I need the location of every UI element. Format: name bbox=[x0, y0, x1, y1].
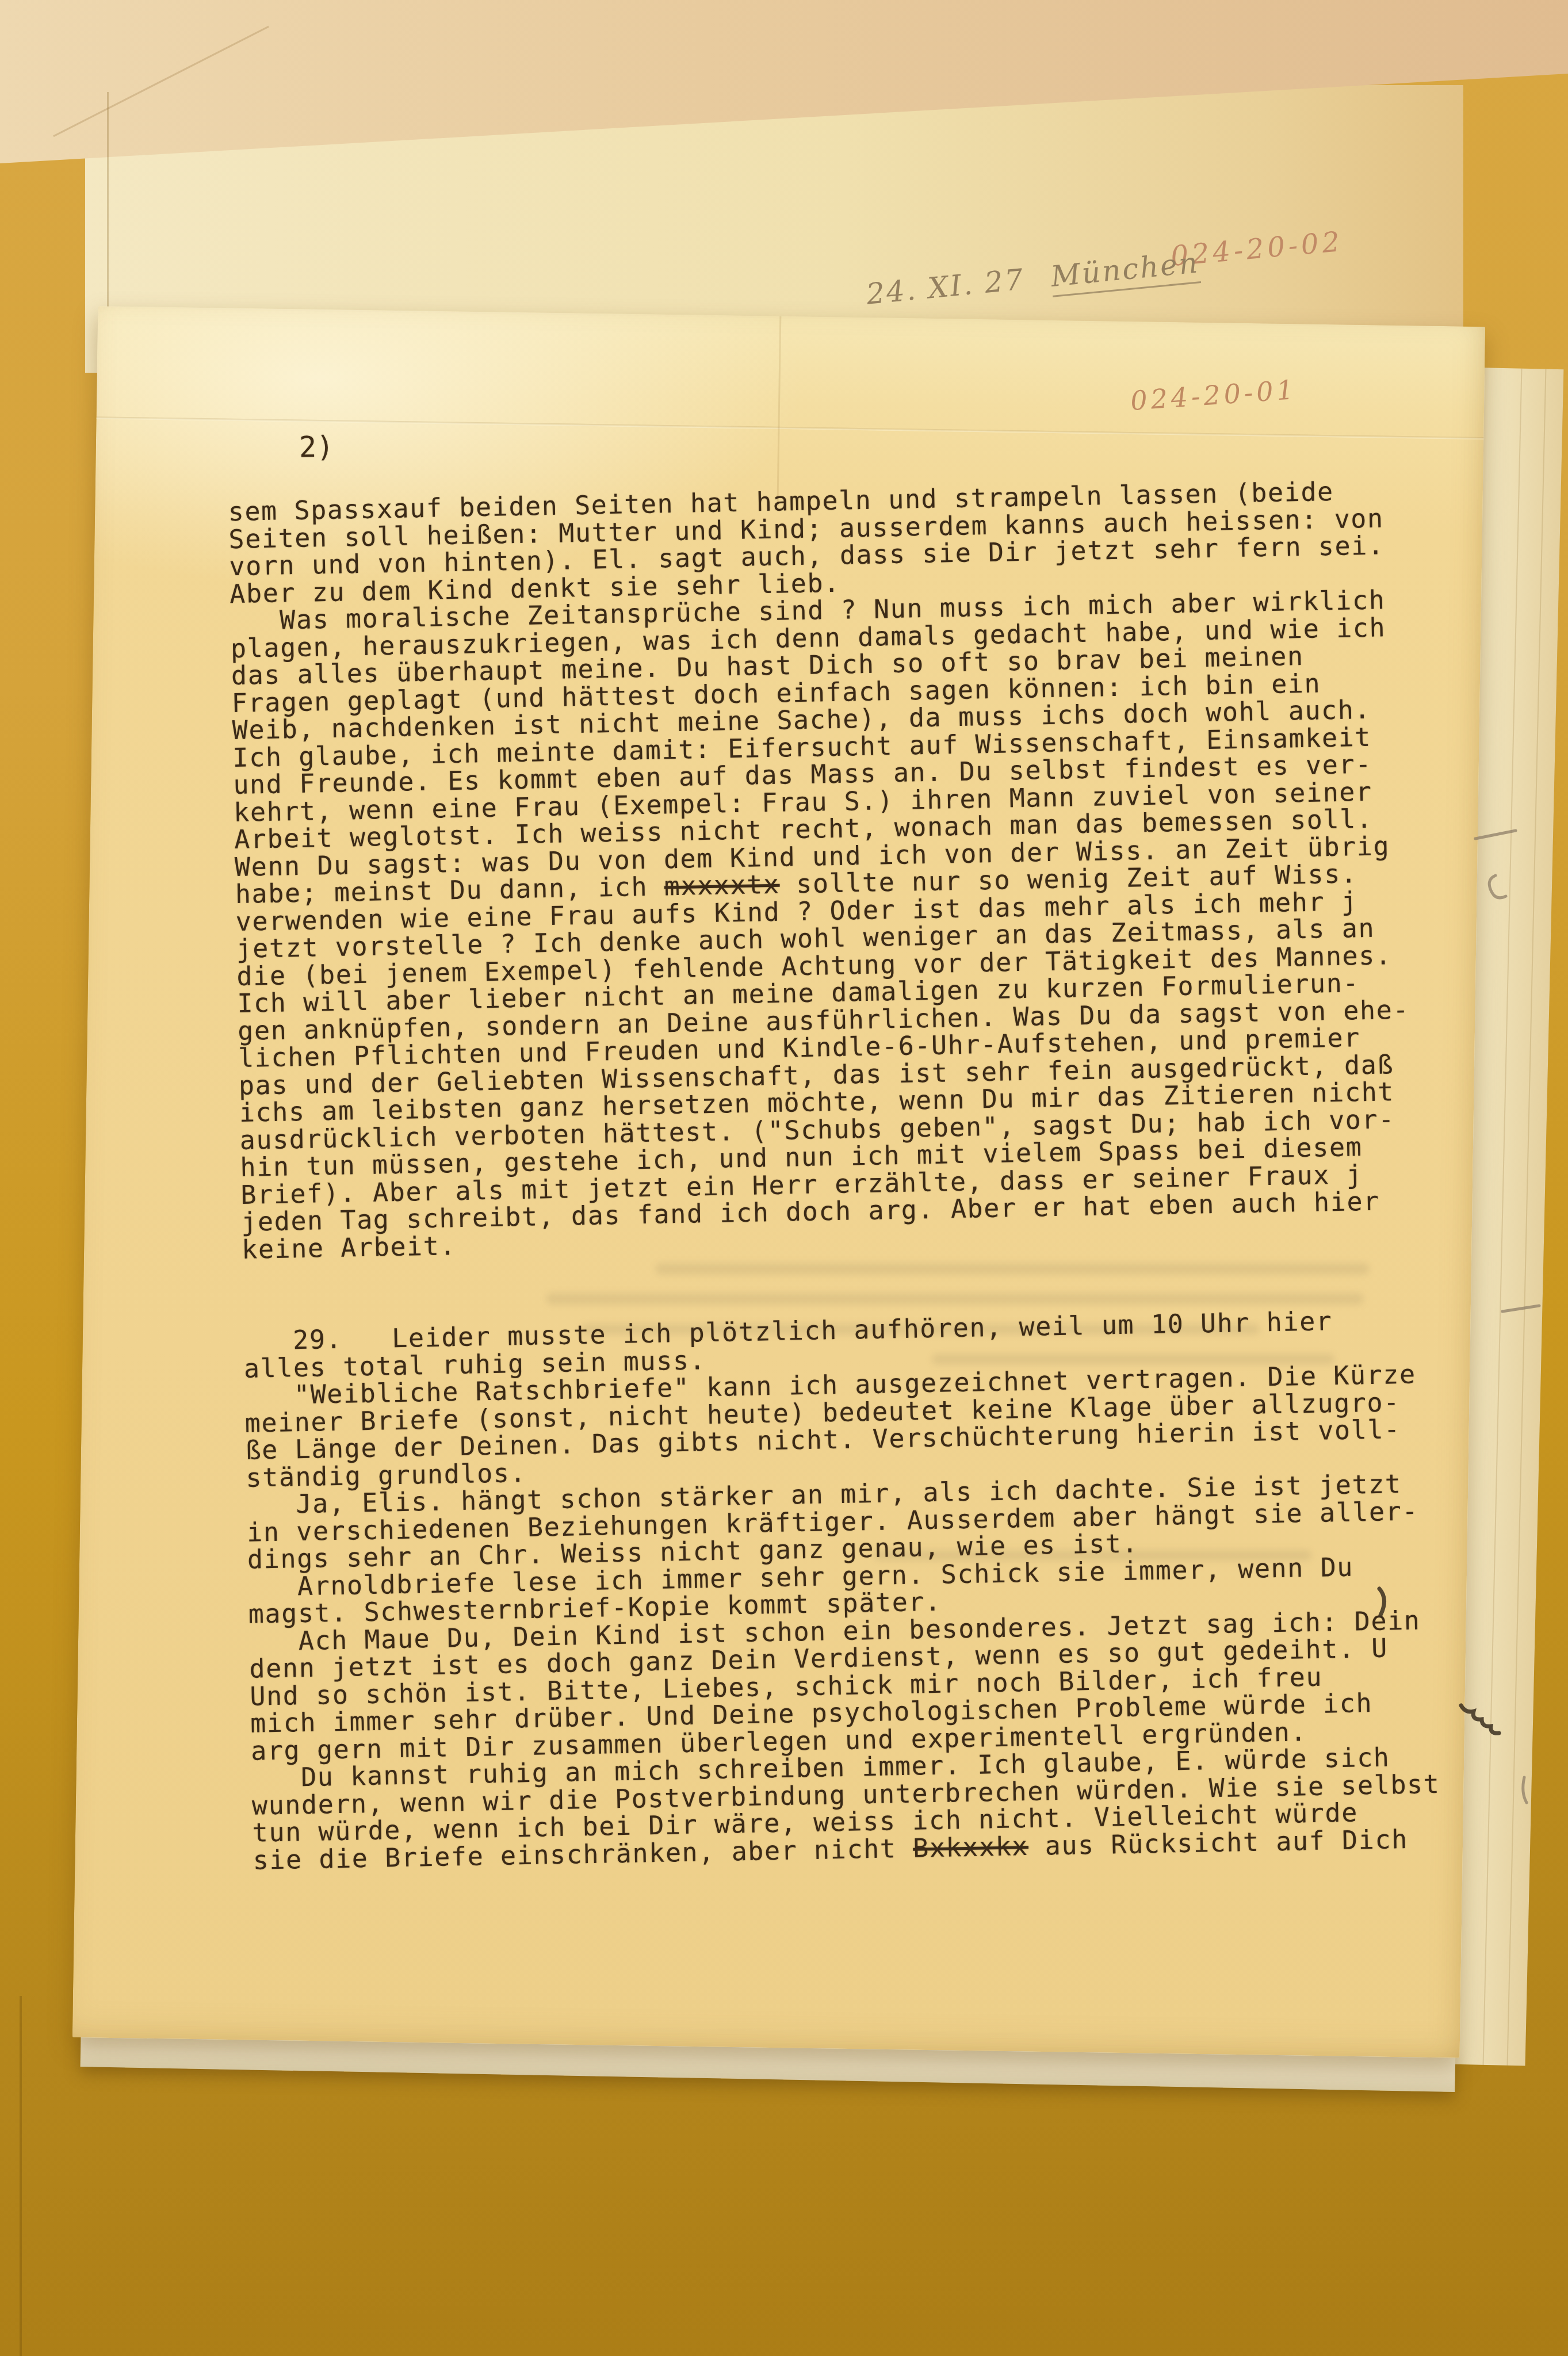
letter-paragraph: Ach Maue Du, Dein Kind ist schon ein bes… bbox=[248, 1605, 1505, 1764]
letter-paragraph: Du kannst ruhig an mich schreiben immer.… bbox=[251, 1742, 1507, 1874]
letter-text: sem Spassxauf beiden Seiten hat hampeln … bbox=[228, 475, 1506, 1874]
paper-crease-line bbox=[777, 316, 781, 506]
archive-photo-canvas: { "palette": { "folder": "#c6951f", "pap… bbox=[0, 0, 1568, 2356]
folder-fold-line bbox=[107, 92, 109, 334]
page-number: 2) bbox=[299, 430, 334, 464]
struck-out-word: Bxkxxkx bbox=[913, 1831, 1029, 1864]
letter-paragraph: Was moralische Zeitansprüche sind ? Nun … bbox=[230, 584, 1496, 1263]
folder-fold-line bbox=[20, 1996, 22, 2356]
page-edge-seam bbox=[1507, 369, 1547, 2066]
